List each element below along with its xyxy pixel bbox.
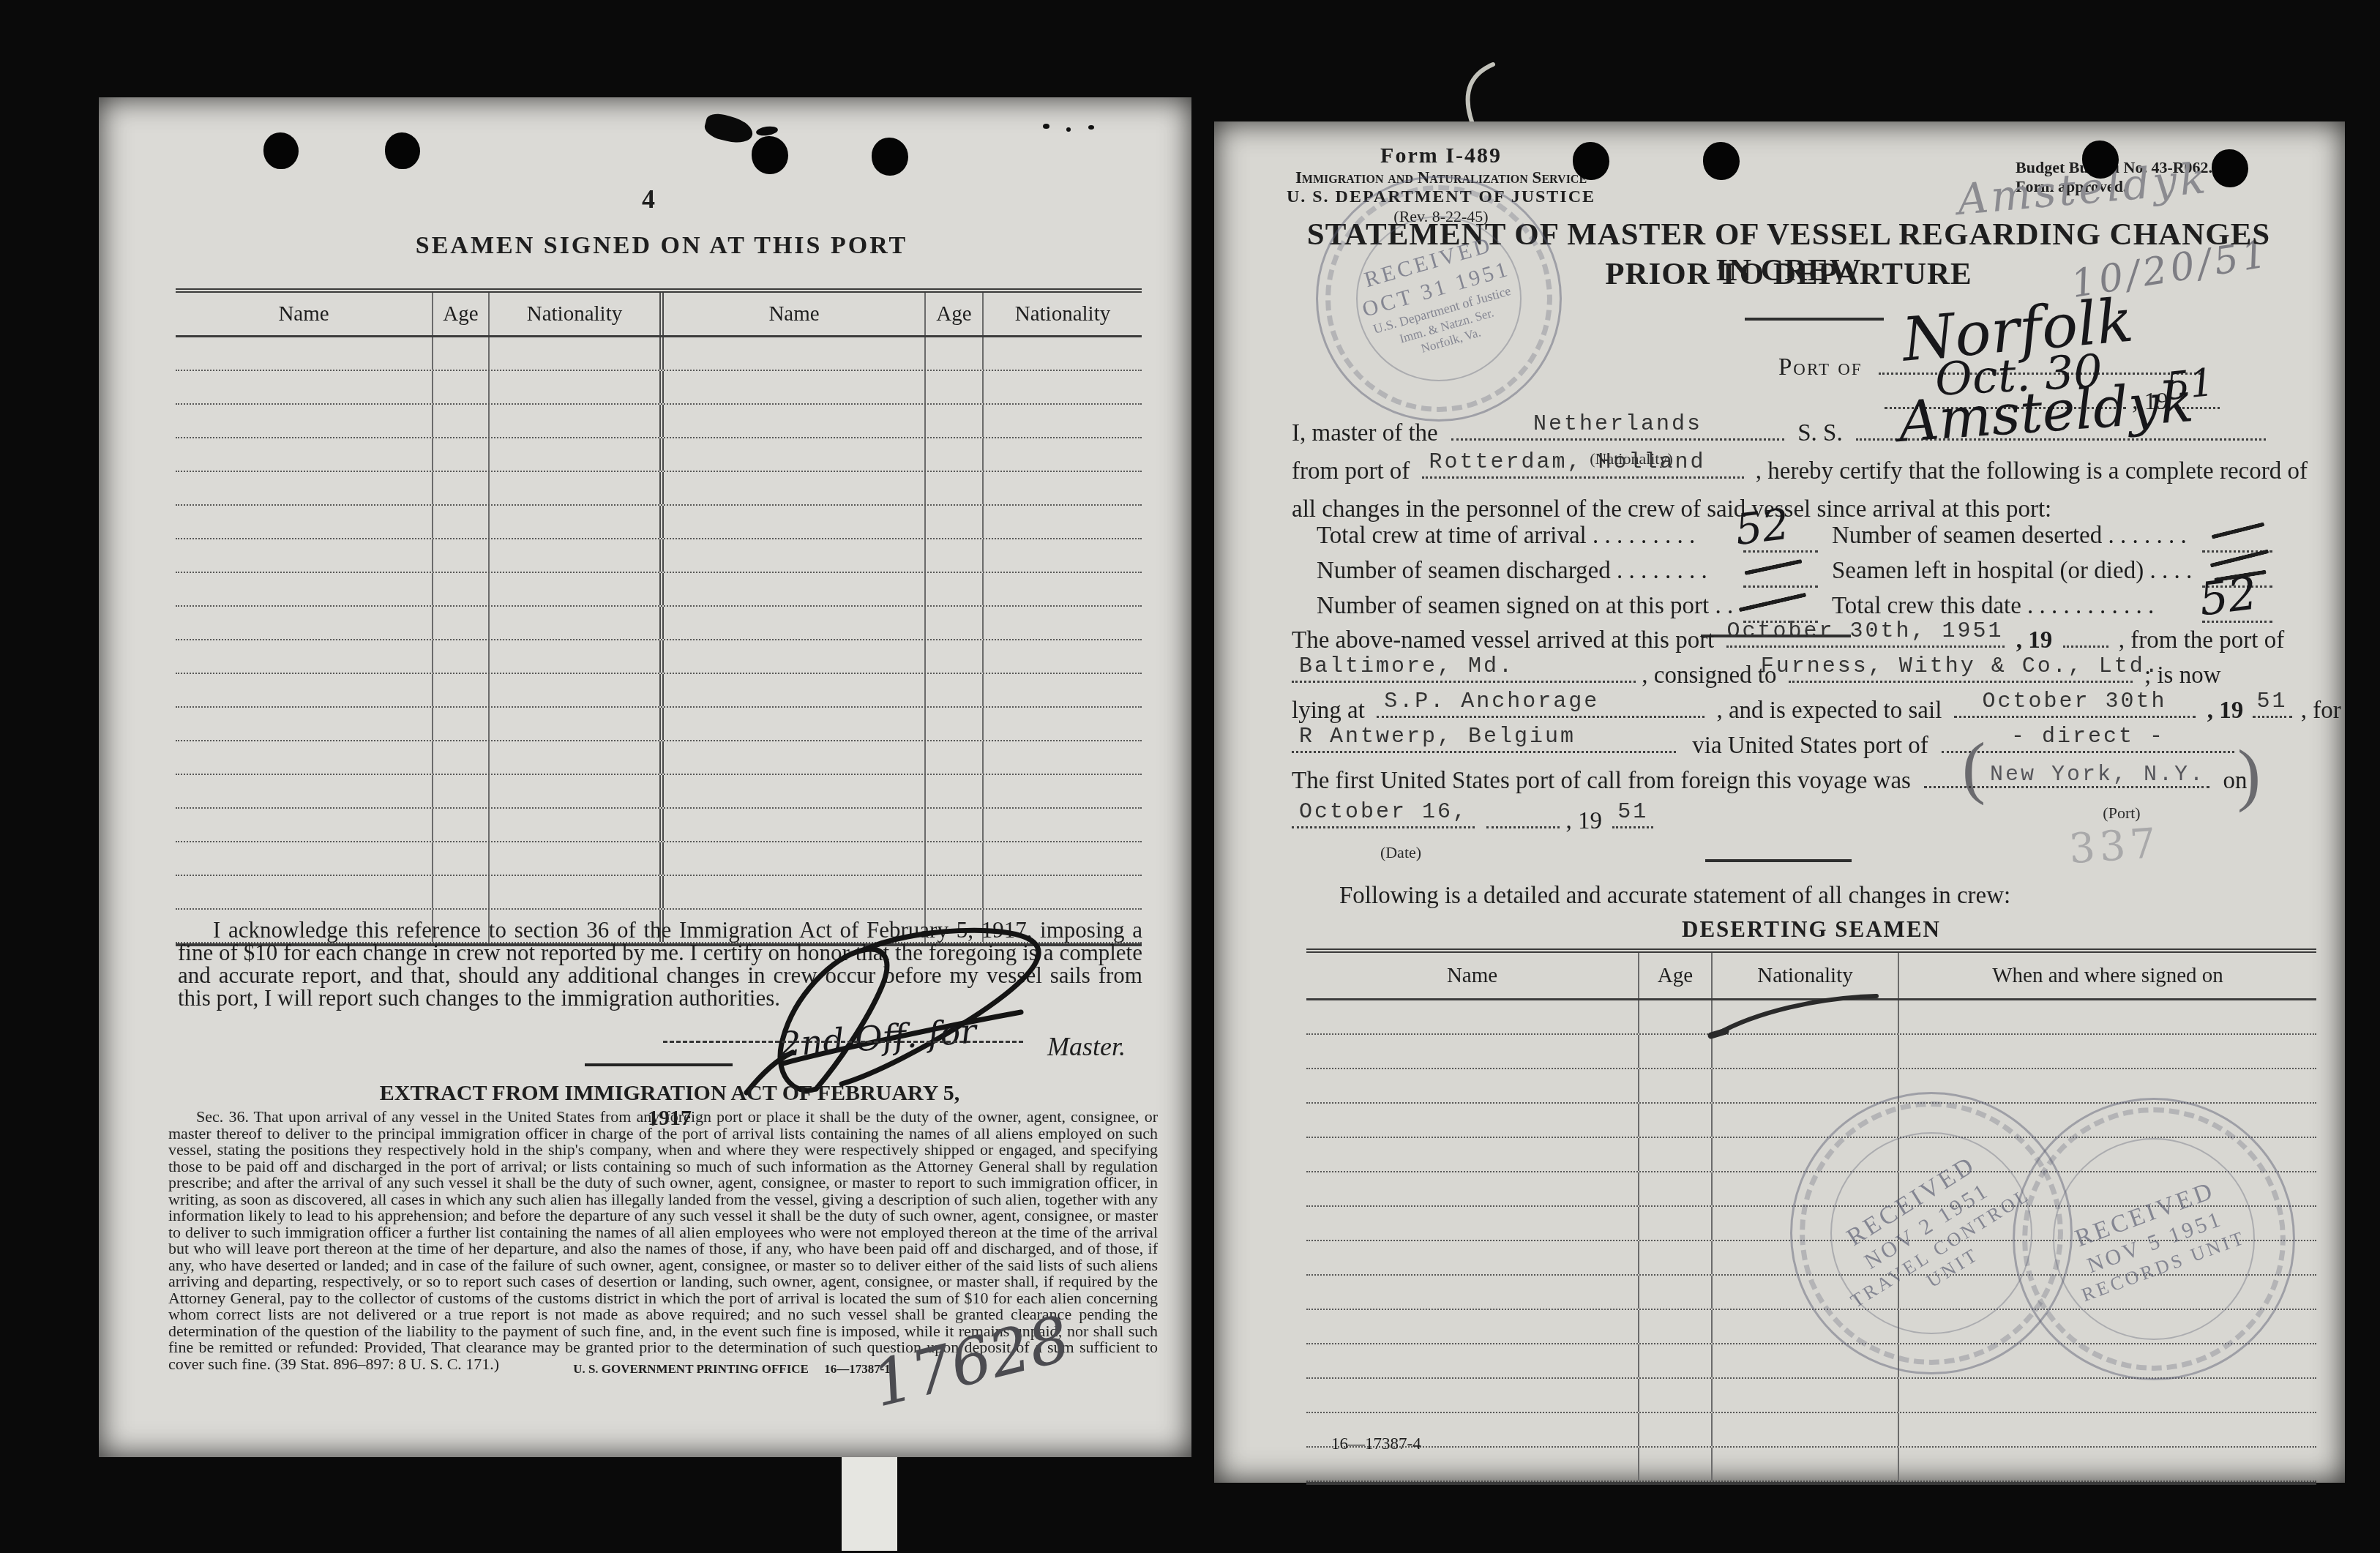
nationality-blank: Netherlands: [1451, 437, 1784, 441]
master-signature: [706, 917, 1072, 1100]
seamen-signed-on-table: Name Age Nationality Name Age Nationalit…: [176, 288, 1142, 946]
handwritten-dash-discharged: [1744, 559, 1802, 576]
printed-19: , 19: [1566, 808, 1603, 834]
stamp-text: Imm. & Natzn. Ser.: [1398, 304, 1496, 346]
form-footer-number: 16—17387-4: [1331, 1434, 1421, 1453]
col-header-age: Age: [924, 293, 984, 335]
from-city-blank: Baltimore, Md.: [1292, 679, 1636, 683]
handwritten-strike-mark: [1701, 974, 1898, 1047]
following-line: Following is a detailed and accurate sta…: [1339, 883, 2010, 910]
table-row: [176, 842, 1142, 876]
typed-sail-date: October 30th: [1983, 689, 2167, 714]
stamp-text: UNIT: [1923, 1243, 1983, 1293]
typed-consignee: Furness, Withy & Co., Ltd.: [1761, 654, 2160, 679]
deserting-seamen-title: DESERTING SEAMEN: [1665, 916, 1958, 943]
typed-from-port: Rotterdam, Holland: [1429, 450, 1706, 475]
arrived-pre: The above-named vessel arrived at this p…: [1292, 627, 1714, 654]
sail-label: , and is expected to sail: [1716, 697, 1942, 724]
first-port-blank: [1924, 785, 2209, 788]
punch-hole: [872, 138, 908, 176]
received-stamp-nov5: RECEIVED NOV 5 1951 RECORDS UNIT: [2013, 1098, 2295, 1380]
arrived-blank: October 30th, 1951: [1726, 644, 2005, 648]
typed-lying: S.P. Anchorage: [1384, 689, 1599, 714]
first-date-blank-2: [1486, 825, 1560, 828]
paper-sliver: [842, 1457, 897, 1551]
table-row: [176, 640, 1142, 674]
scanned-document: 4 SEAMEN SIGNED ON AT THIS PORT Name Age…: [0, 0, 2380, 1553]
stamp-text: U.S. Department of Justice: [1372, 282, 1513, 337]
punch-hole: [2082, 141, 2119, 179]
first-port-label: The first United States port of call fro…: [1292, 768, 1911, 794]
from-port-label: from port of: [1292, 458, 1410, 484]
first-date-line: October 16, , 19 51: [1292, 808, 1653, 835]
table-row: [176, 539, 1142, 573]
typed-nationality: Netherlands: [1533, 412, 1702, 437]
col-header-age: Age: [432, 293, 490, 335]
section-divider-2: [1705, 859, 1852, 862]
from-port-blank: Rotterdam, Holland: [1422, 475, 1744, 479]
left-page: 4 SEAMEN SIGNED ON AT THIS PORT Name Age…: [99, 97, 1191, 1457]
table-row: [176, 775, 1142, 809]
table-row: [176, 607, 1142, 640]
printed-19: , 19: [2207, 697, 2244, 724]
ink-blob: [703, 111, 755, 147]
table-row: [176, 876, 1142, 910]
punch-hole: [263, 132, 299, 169]
punch-hole: [2212, 149, 2248, 187]
col-header-name: Name: [176, 293, 432, 335]
punch-hole: [1703, 142, 1740, 180]
certify-line-2: all changes in the personnel of the crew…: [1292, 496, 2051, 523]
handwritten-crew-total: 52: [2196, 566, 2260, 626]
following-text: Following is a detailed and accurate sta…: [1339, 883, 2010, 909]
stamp-text: OCT 31 1951: [1359, 255, 1513, 323]
stat-label-total-date: Total crew this date . . . . . . . . . .…: [1832, 593, 2154, 620]
right-page: Form I-489 Immigration and Naturalizatio…: [1214, 121, 2345, 1483]
typed-via: - direct -: [2011, 725, 2165, 749]
consigned-label: , consigned to: [1642, 662, 1776, 689]
arrived-year-blank: [2063, 644, 2108, 648]
stamp-text: RECEIVED: [1841, 1149, 1982, 1253]
certify-text: , hereby certify that the following is a…: [1756, 458, 2308, 484]
table-row: [176, 573, 1142, 607]
stat-label-deserted: Number of seamen deserted . . . . . . .: [1832, 523, 2187, 550]
signature-line: [663, 1041, 1023, 1043]
first-date-blank: October 16,: [1292, 825, 1475, 828]
via-label: via United States port of: [1692, 733, 1928, 759]
lying-label: lying at: [1292, 697, 1365, 724]
table-row: [176, 506, 1142, 539]
handwritten-dash-signed-on: [1739, 593, 1807, 613]
stat-label-arrival: Total crew at time of arrival . . . . . …: [1317, 523, 1695, 550]
sail-for-text: , for: [2301, 697, 2341, 724]
punch-hole: [385, 132, 420, 169]
title-rule: [1745, 318, 1884, 321]
table-row: [1306, 1413, 2316, 1448]
via-blank: - direct -: [1942, 749, 2234, 753]
punch-hole: [1573, 142, 1609, 180]
typed-arrived-date: October 30th, 1951: [1727, 619, 2004, 644]
port-sublabel: (Port): [2063, 804, 2180, 823]
handwritten-dash-deserted: [2211, 522, 2264, 539]
col-header-when-where: When and where signed on: [1898, 953, 2316, 998]
table-row: [176, 674, 1142, 708]
lying-blank: S.P. Anchorage: [1377, 714, 1704, 718]
on-label: on: [2223, 768, 2247, 794]
from-port-line: from port of Rotterdam, Holland , hereby…: [1292, 458, 2308, 485]
stat-label-discharged: Number of seamen discharged . . . . . . …: [1317, 558, 1707, 585]
table-row: [176, 472, 1142, 506]
printed-19: , 19: [2016, 627, 2053, 654]
table-row: [176, 809, 1142, 842]
destination-blank: R Antwerp, Belgium: [1292, 749, 1676, 753]
lying-line: lying at S.P. Anchorage , and is expecte…: [1292, 697, 2341, 725]
col-header-nationality: Nationality: [490, 293, 659, 335]
stamp-text: NOV 2 1951: [1860, 1177, 1995, 1276]
stamp-text: Norfolk, Va.: [1419, 324, 1483, 356]
table-header-row: Name Age Nationality Name Age Nationalit…: [176, 288, 1142, 337]
consignee-blank: Furness, Withy & Co., Ltd.: [1789, 679, 2133, 683]
col-header-name: Name: [659, 293, 924, 335]
col-header-nationality: Nationality: [984, 293, 1142, 335]
table-row: [1306, 1379, 2316, 1413]
table-row: [176, 405, 1142, 438]
table-row: [1306, 1448, 2316, 1482]
typed-first-date: October 16,: [1299, 800, 1468, 825]
typed-sail-year: 51: [2257, 689, 2288, 714]
received-stamp-oct31: RECEIVED OCT 31 1951 U.S. Department of …: [1316, 176, 1562, 422]
table-row: [176, 741, 1142, 775]
stamp-text: RECEIVED: [2071, 1175, 2220, 1254]
consigned-line: Baltimore, Md. , consigned to Furness, W…: [1292, 662, 2221, 689]
stat-label-hospital: Seamen left in hospital (or died) . . . …: [1832, 558, 2192, 585]
typed-destination: R Antwerp, Belgium: [1299, 725, 1576, 749]
table-row: [176, 371, 1142, 405]
first-year-blank: 51: [1612, 825, 1653, 828]
form-number: Form I-489: [1258, 143, 1624, 168]
sail-year-blank: 51: [2253, 714, 2292, 718]
port-label: Port of: [1778, 354, 1863, 381]
faint-stamped-number: 337: [2067, 820, 2162, 874]
table-row: [176, 337, 1142, 371]
col-header-name: Name: [1306, 953, 1638, 998]
signature-line-2: [585, 1063, 733, 1066]
punch-hole: [752, 136, 788, 174]
ss-label: S. S.: [1797, 420, 1842, 446]
big-paren-open: (: [1962, 726, 1986, 807]
typed-first-year: 51: [1617, 800, 1648, 825]
stat-line: [1743, 585, 1818, 588]
certify-text-2: all changes in the personnel of the crew…: [1292, 496, 2051, 523]
table-row: [176, 708, 1142, 741]
date-sublabel: (Date): [1342, 843, 1459, 862]
sail-date-blank: October 30th: [1954, 714, 2196, 718]
arrived-post: , from the port of: [2119, 627, 2284, 654]
arrived-line: The above-named vessel arrived at this p…: [1292, 627, 2284, 654]
page-number: 4: [642, 184, 655, 214]
left-page-title: SEAMEN SIGNED ON AT THIS PORT: [391, 232, 932, 260]
typed-from-city: Baltimore, Md.: [1299, 654, 1514, 679]
gpo-text: U. S. GOVERNMENT PRINTING OFFICE: [573, 1362, 809, 1376]
master-label: Master.: [1047, 1031, 1126, 1062]
master-pre: I, master of the: [1292, 420, 1438, 446]
ink-blob: [755, 125, 778, 137]
table-row: [176, 438, 1142, 472]
stamp-text: RECEIVED: [1361, 231, 1496, 294]
handwritten-crew-arrival: 52: [1732, 499, 1792, 555]
destination-line: R Antwerp, Belgium via United States por…: [1292, 733, 2234, 760]
stamp-text: RECORDS UNIT: [2078, 1226, 2249, 1307]
table-body: [176, 337, 1142, 943]
stamp-text: NOV 5 1951: [2084, 1205, 2227, 1280]
stat-label-signed-on: Number of seamen signed on at this port …: [1317, 593, 1733, 620]
first-port-line: The first United States port of call fro…: [1292, 768, 2247, 795]
